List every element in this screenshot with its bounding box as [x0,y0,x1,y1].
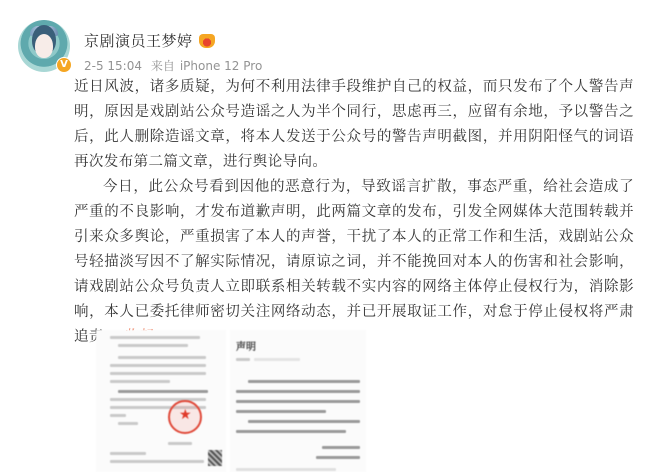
qr-code-icon [208,450,222,466]
avatar[interactable]: V [18,20,70,72]
post-time[interactable]: 2-5 15:04 [84,59,142,73]
post-header: V 京剧演员王梦婷 2-5 15:04 来自iPhone 12 Pro [18,20,262,74]
post-source: iPhone 12 Pro [180,59,262,73]
image-thumbnail-warning-document[interactable] [96,330,226,472]
avatar-face-icon [35,34,53,58]
red-seal-icon [168,400,202,434]
vip-crown-icon[interactable] [199,34,215,48]
post-content: 近日风波，诸多质疑，为何不利用法律手段维护自己的权益，而只发布了个人警告声明，原… [74,75,634,350]
post-subline: 2-5 15:04 来自iPhone 12 Pro [84,57,262,74]
author-name[interactable]: 京剧演员王梦婷 [84,30,193,51]
post-images: 声明 [96,330,366,472]
post-meta: 京剧演员王梦婷 2-5 15:04 来自iPhone 12 Pro [84,30,262,74]
paragraph-1: 近日风波，诸多质疑，为何不利用法律手段维护自己的权益，而只发布了个人警告声明，原… [74,75,634,175]
weibo-post: V 京剧演员王梦婷 2-5 15:04 来自iPhone 12 Pro 近日风波… [0,0,656,472]
paragraph-2-text: 今日，此公众号看到因他的恶意行为，导致谣言扩散，事态严重，给社会造成了严重的不良… [74,179,634,345]
verified-badge-icon: V [56,57,72,73]
statement-title: 声明 [236,338,256,353]
paragraph-2: 今日，此公众号看到因他的恶意行为，导致谣言扩散，事态严重，给社会造成了严重的不良… [74,175,634,350]
image-thumbnail-apology-statement[interactable]: 声明 [230,330,366,472]
source-prefix: 来自 [151,59,175,73]
